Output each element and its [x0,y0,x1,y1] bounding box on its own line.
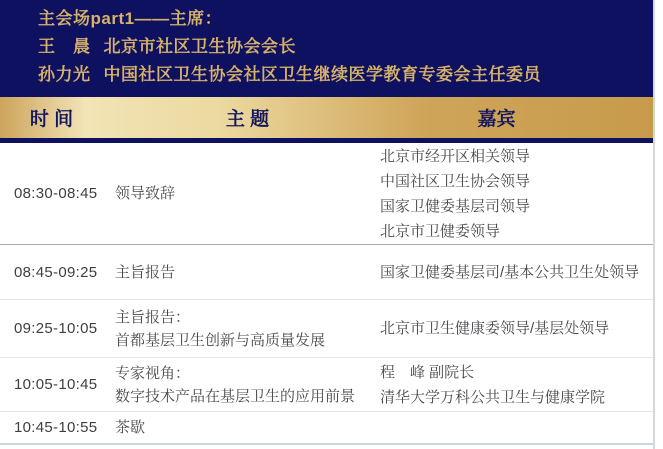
column-header-time: 时 间 [0,104,115,131]
topic-line: 主旨报告 [115,261,380,284]
table-row: 08:45-09:25主旨报告国家卫健委基层司/基本公共卫生处领导 [0,245,653,300]
agenda-page: 主会场part1——主席： 王 晨北京市社区卫生协会会长 孙力光中国社区卫生协会… [0,0,663,449]
guest-line: 北京市卫生健康委领导/基层处领导 [380,316,653,341]
guest-line: 清华大学万科公共卫生与健康学院 [380,385,653,410]
topic-line: 数字技术产品在基层卫生的应用前景 [115,385,380,408]
guest-cell: 程 峰 副院长清华大学万科公共卫生与健康学院 [380,360,653,410]
guest-line: 程 峰 副院长 [380,360,653,385]
guest-cell: 北京市卫生健康委领导/基层处领导 [380,316,653,341]
topic-cell: 领导致辞 [115,182,380,205]
topic-cell: 主旨报告：首都基层卫生创新与高质量发展 [115,306,380,352]
chair-title: 中国社区卫生协会社区卫生继续医学教育专委会主任委员 [104,65,542,84]
time-cell: 08:45-09:25 [14,264,115,281]
column-header-topic: 主 题 [115,104,380,131]
guest-line: 中国社区卫生协会领导 [380,169,653,194]
session-header: 主会场part1——主席： 王 晨北京市社区卫生协会会长 孙力光中国社区卫生协会… [0,0,653,97]
session-title: 主会场part1——主席： [38,5,653,33]
chair-line: 王 晨北京市社区卫生协会会长 [38,33,653,61]
topic-line: 茶歇 [115,416,380,439]
topic-cell: 茶歇 [115,416,380,439]
topic-line: 领导致辞 [115,182,380,205]
column-header-guest: 嘉宾 [380,104,653,131]
guest-cell: 北京市经开区相关领导中国社区卫生协会领导国家卫健委基层司领导北京市卫健委领导 [380,144,653,244]
guest-line: 北京市卫健委领导 [380,219,653,244]
table-column-header: 时 间 主 题 嘉宾 [0,97,653,143]
table-row: 09:25-10:05主旨报告：首都基层卫生创新与高质量发展北京市卫生健康委领导… [0,300,653,358]
chair-title: 北京市社区卫生协会会长 [104,37,297,56]
time-cell: 10:05-10:45 [14,376,115,393]
schedule-table-body: 08:30-08:45领导致辞北京市经开区相关领导中国社区卫生协会领导国家卫健委… [0,143,653,445]
guest-line: 国家卫健委基层司领导 [380,194,653,219]
topic-line: 首都基层卫生创新与高质量发展 [115,329,380,352]
guest-line: 国家卫健委基层司/基本公共卫生处领导 [380,260,653,285]
topic-line: 主旨报告： [115,306,380,329]
time-cell: 10:45-10:55 [14,419,115,436]
topic-line: 专家视角： [115,362,380,385]
chair-line: 孙力光中国社区卫生协会社区卫生继续医学教育专委会主任委员 [38,61,653,89]
guest-line: 北京市经开区相关领导 [380,144,653,169]
agenda-panel: 主会场part1——主席： 王 晨北京市社区卫生协会会长 孙力光中国社区卫生协会… [0,0,655,449]
chair-name: 孙力光 [38,65,91,84]
time-cell: 08:30-08:45 [14,185,115,202]
topic-cell: 专家视角：数字技术产品在基层卫生的应用前景 [115,362,380,408]
table-row: 10:45-10:55茶歇 [0,412,653,445]
table-row: 10:05-10:45专家视角：数字技术产品在基层卫生的应用前景程 峰 副院长清… [0,358,653,412]
topic-cell: 主旨报告 [115,261,380,284]
chair-name: 王 晨 [38,37,91,56]
table-row: 08:30-08:45领导致辞北京市经开区相关领导中国社区卫生协会领导国家卫健委… [0,143,653,245]
guest-cell: 国家卫健委基层司/基本公共卫生处领导 [380,260,653,285]
time-cell: 09:25-10:05 [14,320,115,337]
